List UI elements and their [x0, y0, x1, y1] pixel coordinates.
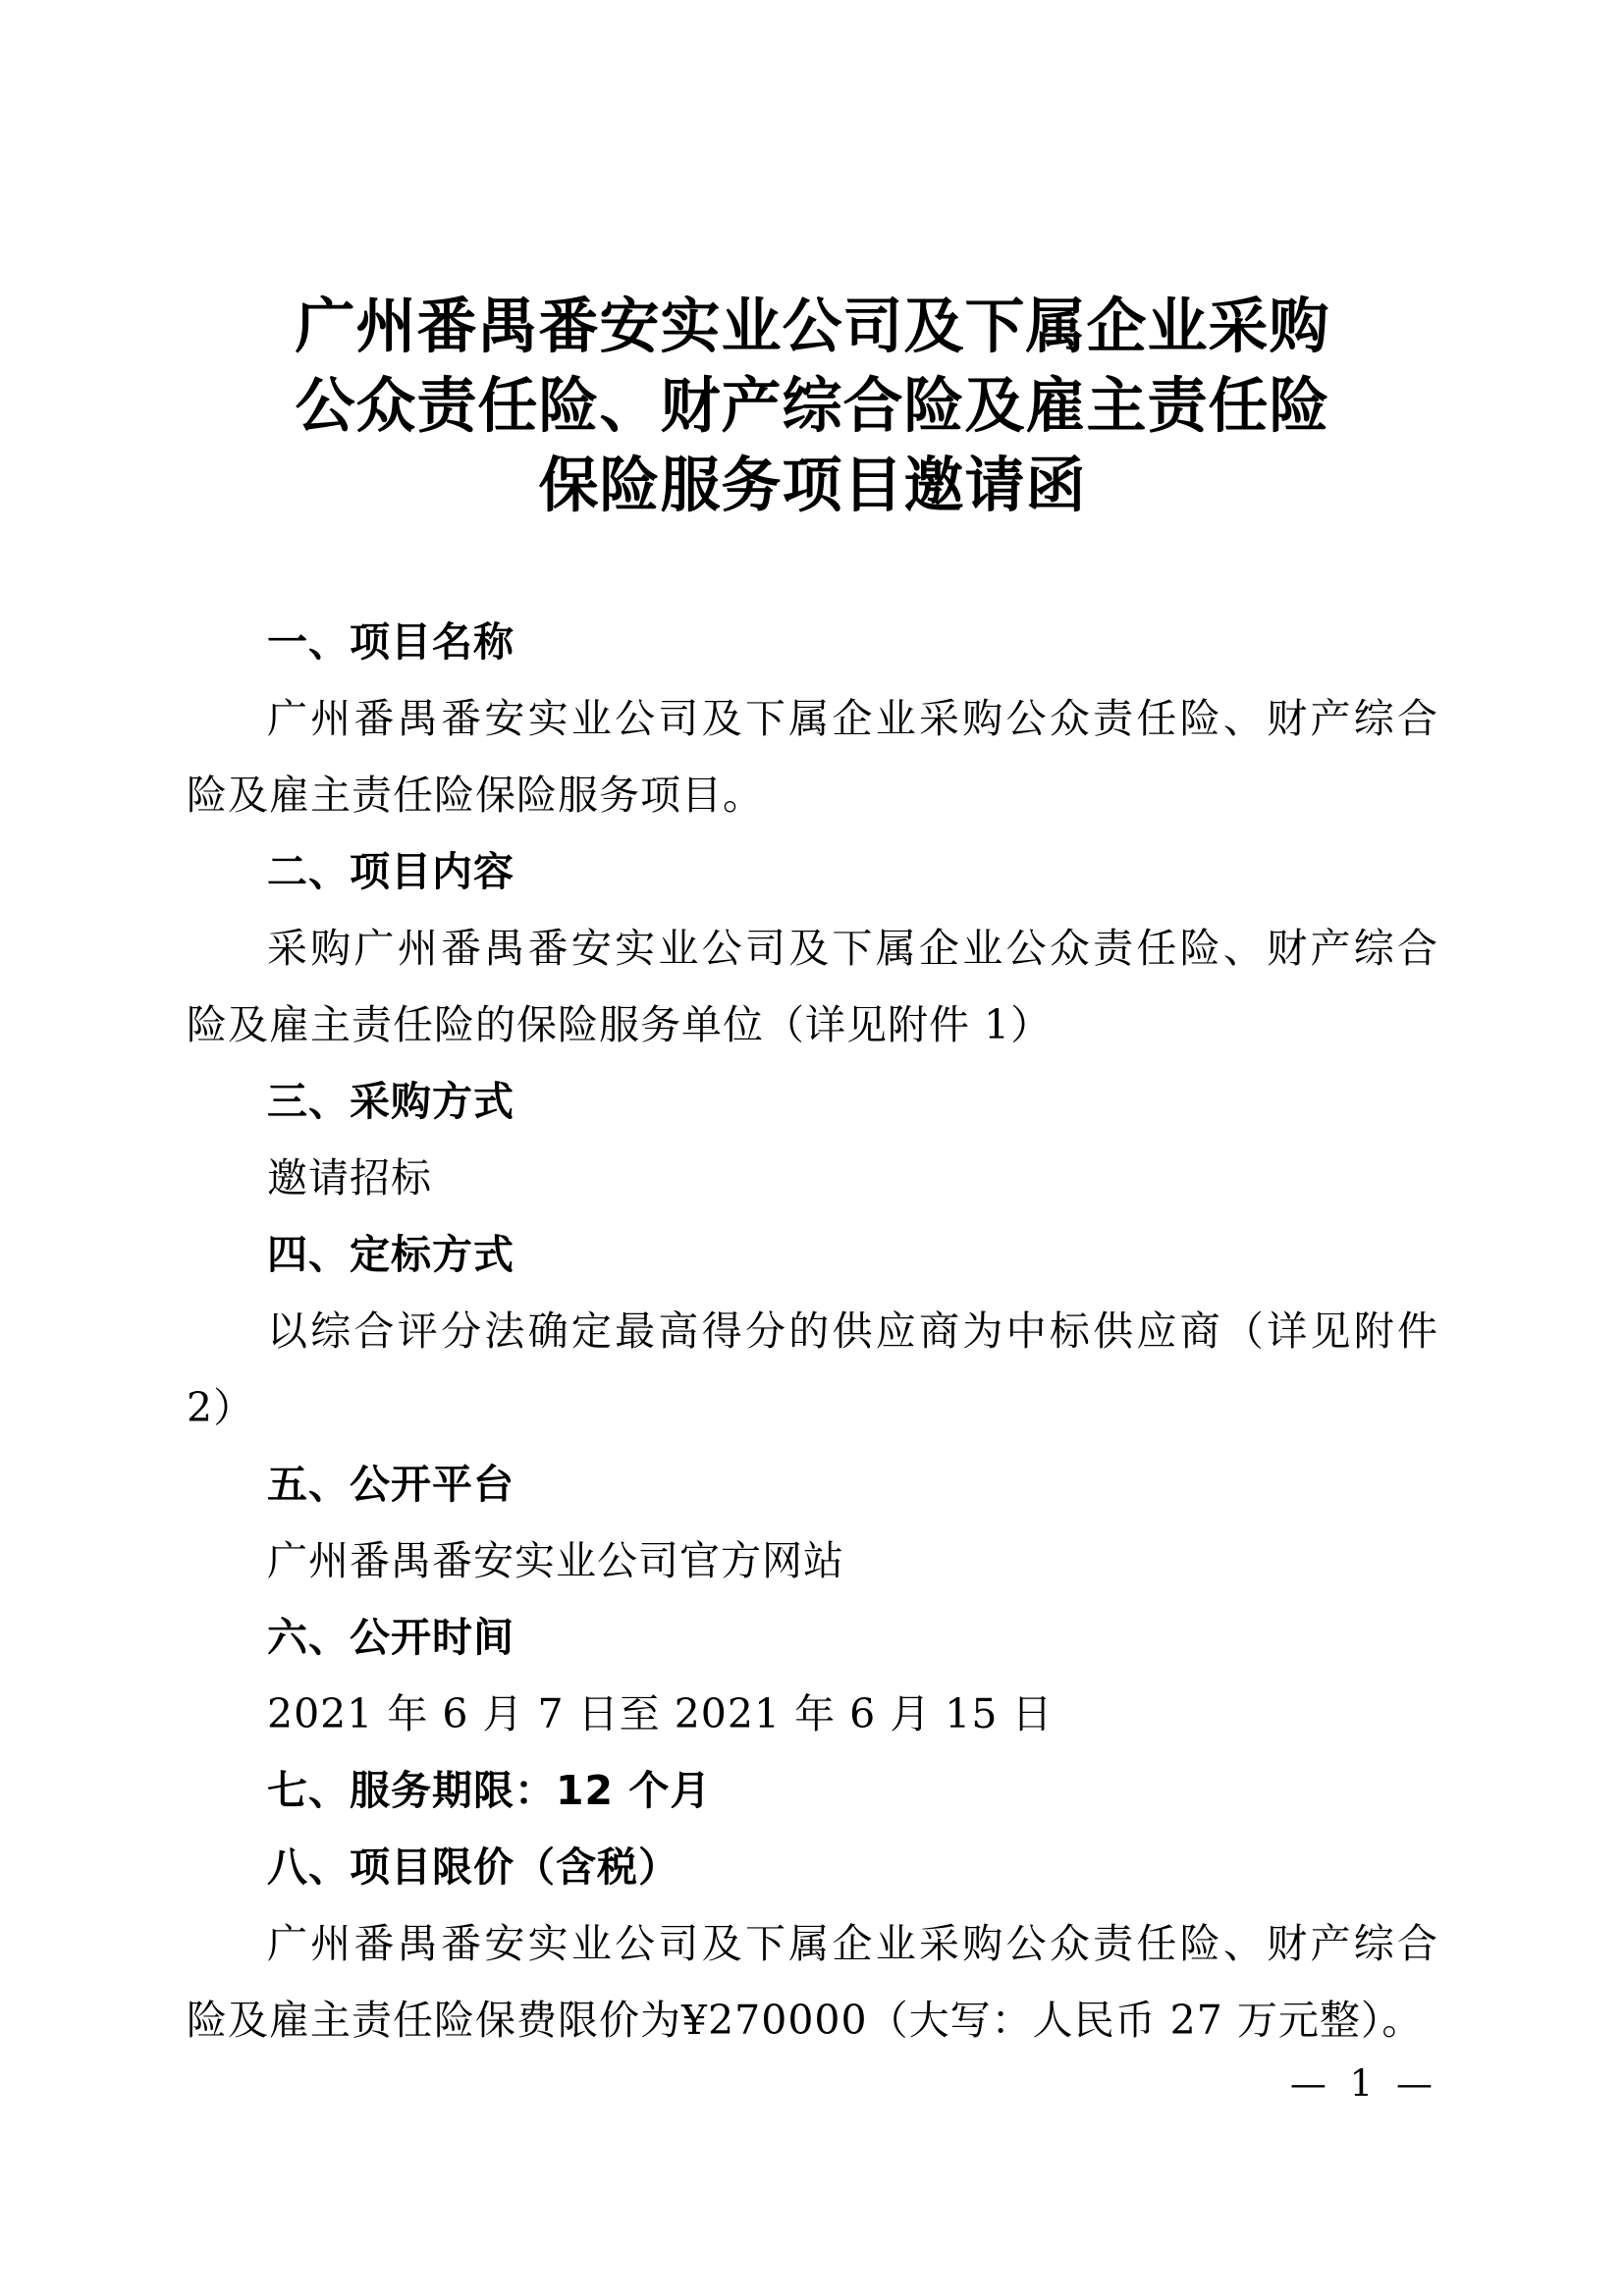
- paragraph-line: 邀请招标: [187, 1140, 1438, 1216]
- paragraph-line: 险及雇主责任险保费限价为¥270000（大写：人民币 27 万元整）。: [187, 1982, 1438, 2058]
- paragraph-line: 2021 年 6 月 7 日至 2021 年 6 月 15 日: [187, 1676, 1438, 1752]
- section-8-heading: 八、项目限价（含税）: [187, 1829, 1438, 1905]
- document-title-line-2: 公众责任险、财产综合险及雇主责任险: [187, 366, 1438, 446]
- section-8-paragraph: 广州番禺番安实业公司及下属企业采购公众责任险、财产综合 险及雇主责任险保费限价为…: [187, 1905, 1438, 2058]
- section-2-paragraph: 采购广州番禺番安实业公司及下属企业公众责任险、财产综合 险及雇主责任险的保险服务…: [187, 910, 1438, 1063]
- paragraph-line: 2）: [187, 1369, 1438, 1446]
- paragraph-line: 广州番禺番安实业公司及下属企业采购公众责任险、财产综合: [187, 1905, 1438, 1982]
- paragraph-line: 以综合评分法确定最高得分的供应商为中标供应商（详见附件: [187, 1293, 1438, 1369]
- paragraph-line: 采购广州番禺番安实业公司及下属企业公众责任险、财产综合: [187, 910, 1438, 987]
- page-number: — 1 —: [187, 2064, 1438, 2104]
- paragraph-line: 广州番禺番安实业公司及下属企业采购公众责任险、财产综合: [187, 680, 1438, 757]
- paragraph-line: 险及雇主责任险保险服务项目。: [187, 757, 1438, 833]
- paragraph-line: 广州番禺番安实业公司官方网站: [187, 1522, 1438, 1599]
- section-2-heading: 二、项目内容: [187, 833, 1438, 910]
- document-page: 广州番禺番安实业公司及下属企业采购 公众责任险、财产综合险及雇主责任险 保险服务…: [0, 0, 1624, 2296]
- section-3-paragraph: 邀请招标: [187, 1140, 1438, 1216]
- section-5-heading: 五、公开平台: [187, 1446, 1438, 1522]
- section-6-heading: 六、公开时间: [187, 1599, 1438, 1676]
- document-body: 一、项目名称 广州番禺番安实业公司及下属企业采购公众责任险、财产综合 险及雇主责…: [187, 604, 1438, 2104]
- section-1-paragraph: 广州番禺番安实业公司及下属企业采购公众责任险、财产综合 险及雇主责任险保险服务项…: [187, 680, 1438, 833]
- section-4-paragraph: 以综合评分法确定最高得分的供应商为中标供应商（详见附件 2）: [187, 1293, 1438, 1446]
- section-5-paragraph: 广州番禺番安实业公司官方网站: [187, 1522, 1438, 1599]
- section-6-paragraph: 2021 年 6 月 7 日至 2021 年 6 月 15 日: [187, 1676, 1438, 1752]
- section-1-heading: 一、项目名称: [187, 604, 1438, 680]
- section-3-heading: 三、采购方式: [187, 1063, 1438, 1140]
- paragraph-line: 险及雇主责任险的保险服务单位（详见附件 1）: [187, 987, 1438, 1063]
- document-title-line-1: 广州番禺番安实业公司及下属企业采购: [187, 287, 1438, 366]
- document-title: 广州番禺番安实业公司及下属企业采购 公众责任险、财产综合险及雇主责任险 保险服务…: [187, 287, 1438, 525]
- section-4-heading: 四、定标方式: [187, 1216, 1438, 1293]
- document-title-line-3: 保险服务项目邀请函: [187, 446, 1438, 525]
- section-7-heading: 七、服务期限：12 个月: [187, 1752, 1438, 1829]
